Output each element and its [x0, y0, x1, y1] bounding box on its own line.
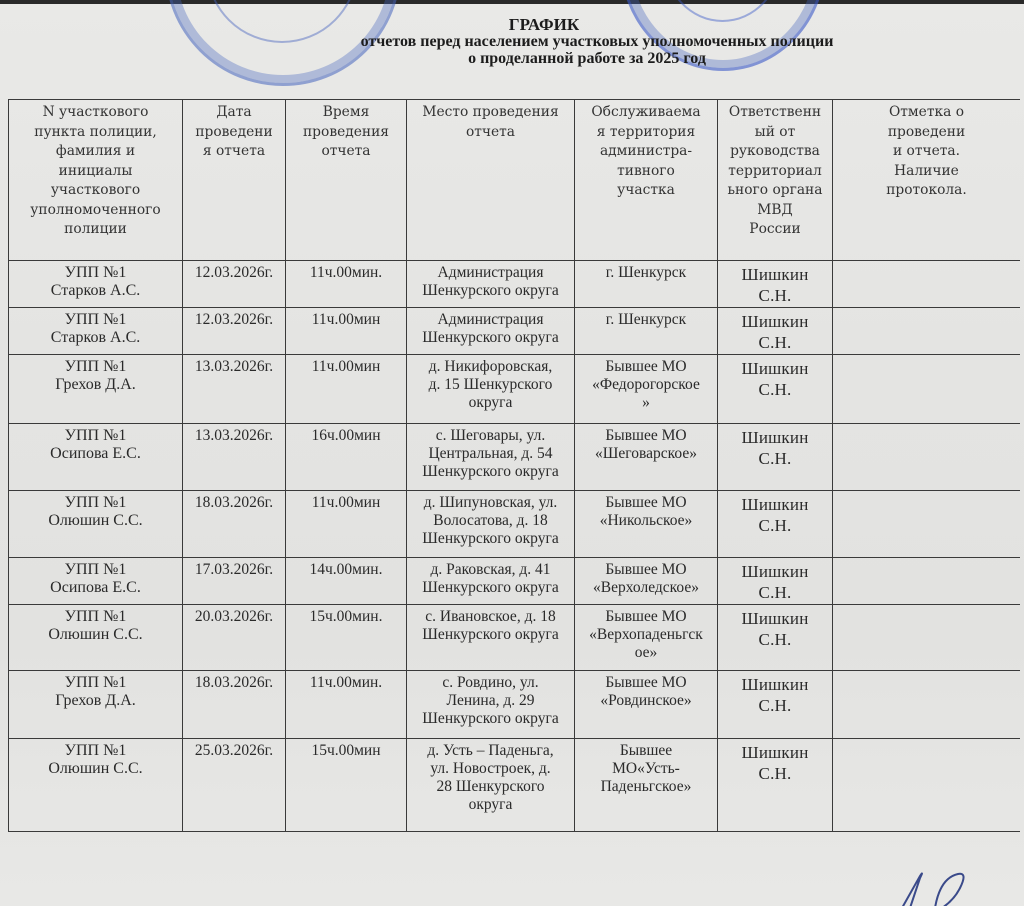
- report-date: 25.03.2026г.: [186, 742, 282, 760]
- place-text-line: Центральная, д. 54: [410, 445, 571, 463]
- cell-time: 11ч.00мин: [286, 355, 407, 424]
- header-text-line: Место проведения: [410, 103, 571, 123]
- place-text-line: с. Ивановское, д. 18: [410, 608, 571, 626]
- territory-text-line: «Никольское»: [578, 512, 714, 530]
- police-unit-number: УПП №1: [12, 358, 179, 376]
- police-unit-number: УПП №1: [12, 742, 179, 760]
- report-time: 11ч.00мин: [289, 494, 403, 512]
- header-text-line: участка: [578, 181, 714, 201]
- place-text-line: Шенкурского округа: [410, 282, 571, 300]
- territory-text-line: »: [578, 394, 714, 412]
- cell-territory: Бывшее МО«Верхопаденьгское»: [575, 605, 718, 671]
- cell-territory: Бывшее МО«Федорогорское»: [575, 355, 718, 424]
- cell-territory: БывшееМО«Усть-Паденьгское»: [575, 739, 718, 832]
- responsible-text-line: С.Н.: [721, 629, 829, 650]
- header-text-line: N участкового: [12, 103, 179, 123]
- cell-completion-mark: [833, 355, 1021, 424]
- header-text-line: руководства: [721, 142, 829, 162]
- header-text-line: фамилия и: [12, 142, 179, 162]
- officer-name: Олюшин С.С.: [12, 512, 179, 530]
- report-time: 11ч.00мин.: [289, 264, 403, 282]
- table-row: УПП №1Олюшин С.С.25.03.2026г.15ч.00минд.…: [9, 739, 1021, 832]
- cell-time: 15ч.00мин.: [286, 605, 407, 671]
- cell-unit-officer: УПП №1Грехов Д.А.: [9, 355, 183, 424]
- place-text-line: д. Никифоровская,: [410, 358, 571, 376]
- handwritten-signature: [880, 868, 990, 906]
- officer-name: Старков А.С.: [12, 329, 179, 347]
- header-text-line: полиции: [12, 220, 179, 240]
- place-text-line: д. 15 Шенкурского: [410, 376, 571, 394]
- cell-completion-mark: [833, 605, 1021, 671]
- cell-date: 12.03.2026г.: [183, 308, 286, 355]
- col-header-place: Место проведенияотчета: [407, 100, 575, 261]
- header-text-line: инициалы: [12, 162, 179, 182]
- cell-time: 15ч.00мин: [286, 739, 407, 832]
- territory-text-line: Паденьгское»: [578, 778, 714, 796]
- header-text-line: проведени: [186, 123, 282, 143]
- place-text-line: округа: [410, 394, 571, 412]
- territory-text-line: Бывшее МО: [578, 608, 714, 626]
- cell-completion-mark: [833, 739, 1021, 832]
- cell-date: 13.03.2026г.: [183, 424, 286, 491]
- col-header-unit: N участковогопункта полиции,фамилия иини…: [9, 100, 183, 261]
- place-text-line: Шенкурского округа: [410, 463, 571, 481]
- officer-name: Осипова Е.С.: [12, 579, 179, 597]
- cell-unit-officer: УПП №1Олюшин С.С.: [9, 491, 183, 558]
- header-text-line: я территория: [578, 123, 714, 143]
- cell-date: 17.03.2026г.: [183, 558, 286, 605]
- col-header-mark: Отметка опроведении отчета.Наличиепроток…: [833, 100, 1021, 261]
- header-text-line: МВД: [721, 201, 829, 221]
- police-unit-number: УПП №1: [12, 264, 179, 282]
- cell-place: д. Усть – Паденьга,ул. Новостроек, д.28 …: [407, 739, 575, 832]
- responsible-text-line: С.Н.: [721, 285, 829, 306]
- table-row: УПП №1Осипова Е.С.13.03.2026г.16ч.00минс…: [9, 424, 1021, 491]
- cell-responsible: ШишкинС.Н.: [718, 424, 833, 491]
- header-text-line: и отчета.: [836, 142, 1017, 162]
- cell-completion-mark: [833, 558, 1021, 605]
- header-text-line: Обслуживаема: [578, 103, 714, 123]
- place-text-line: ул. Новостроек, д.: [410, 760, 571, 778]
- photo-top-edge: [0, 0, 1024, 4]
- cell-time: 11ч.00мин: [286, 491, 407, 558]
- cell-territory: Бывшее МО«Никольское»: [575, 491, 718, 558]
- territory-text-line: «Ровдинское»: [578, 692, 714, 710]
- police-unit-number: УПП №1: [12, 608, 179, 626]
- place-text-line: д. Раковская, д. 41: [410, 561, 571, 579]
- place-text-line: с. Ровдино, ул.: [410, 674, 571, 692]
- header-text-line: уполномоченного: [12, 201, 179, 221]
- cell-completion-mark: [833, 671, 1021, 739]
- officer-name: Грехов Д.А.: [12, 376, 179, 394]
- cell-completion-mark: [833, 308, 1021, 355]
- territory-text-line: Бывшее МО: [578, 494, 714, 512]
- col-header-responsible: Ответственный отруководстватерриториальн…: [718, 100, 833, 261]
- cell-place: АдминистрацияШенкурского округа: [407, 261, 575, 308]
- territory-text-line: «Верхопаденьгск: [578, 626, 714, 644]
- responsible-text-line: С.Н.: [721, 695, 829, 716]
- police-unit-number: УПП №1: [12, 561, 179, 579]
- table-row: УПП №1Старков А.С.12.03.2026г.11ч.00мин.…: [9, 261, 1021, 308]
- responsible-text-line: С.Н.: [721, 763, 829, 784]
- place-text-line: 28 Шенкурского: [410, 778, 571, 796]
- table-row: УПП №1Старков А.С.12.03.2026г.11ч.00минА…: [9, 308, 1021, 355]
- cell-completion-mark: [833, 424, 1021, 491]
- place-text-line: Шенкурского округа: [410, 329, 571, 347]
- report-date: 18.03.2026г.: [186, 494, 282, 512]
- cell-place: д. Шипуновская, ул.Волосатова, д. 18Шенк…: [407, 491, 575, 558]
- report-time: 16ч.00мин: [289, 427, 403, 445]
- officer-name: Олюшин С.С.: [12, 760, 179, 778]
- territory-text-line: Бывшее МО: [578, 561, 714, 579]
- report-date: 13.03.2026г.: [186, 358, 282, 376]
- report-date: 18.03.2026г.: [186, 674, 282, 692]
- cell-place: с. Ивановское, д. 18Шенкурского округа: [407, 605, 575, 671]
- responsible-text-line: Шишкин: [721, 311, 829, 332]
- header-text-line: участкового: [12, 181, 179, 201]
- territory-text-line: Бывшее МО: [578, 358, 714, 376]
- header-text-line: Ответственн: [721, 103, 829, 123]
- header-text-line: территориал: [721, 162, 829, 182]
- report-time: 15ч.00мин: [289, 742, 403, 760]
- cell-date: 25.03.2026г.: [183, 739, 286, 832]
- col-header-time: Времяпроведенияотчета: [286, 100, 407, 261]
- territory-text-line: г. Шенкурск: [578, 264, 714, 282]
- header-text-line: ьного органа: [721, 181, 829, 201]
- territory-text-line: «Верхоледское»: [578, 579, 714, 597]
- cell-territory: г. Шенкурск: [575, 308, 718, 355]
- report-date: 12.03.2026г.: [186, 264, 282, 282]
- cell-responsible: ШишкинС.Н.: [718, 308, 833, 355]
- territory-text-line: МО«Усть-: [578, 760, 714, 778]
- responsible-text-line: Шишкин: [721, 494, 829, 515]
- responsible-text-line: Шишкин: [721, 427, 829, 448]
- cell-time: 11ч.00мин.: [286, 671, 407, 739]
- document-title: ГРАФИК: [0, 16, 1024, 33]
- header-text-line: отчета: [410, 123, 571, 143]
- table-header-row: N участковогопункта полиции,фамилия иини…: [9, 100, 1021, 261]
- place-text-line: Шенкурского округа: [410, 530, 571, 548]
- report-schedule-table: N участковогопункта полиции,фамилия иини…: [8, 99, 1020, 832]
- table-row: УПП №1Олюшин С.С.18.03.2026г.11ч.00минд.…: [9, 491, 1021, 558]
- cell-territory: г. Шенкурск: [575, 261, 718, 308]
- col-header-territory: Обслуживаемая территорияадминистра-тивно…: [575, 100, 718, 261]
- header-text-line: Время: [289, 103, 403, 123]
- cell-place: с. Ровдино, ул.Ленина, д. 29Шенкурского …: [407, 671, 575, 739]
- header-text-line: ый от: [721, 123, 829, 143]
- place-text-line: Шенкурского округа: [410, 579, 571, 597]
- territory-text-line: Бывшее: [578, 742, 714, 760]
- place-text-line: Ленина, д. 29: [410, 692, 571, 710]
- table-row: УПП №1Осипова Е.С.17.03.2026г.14ч.00мин.…: [9, 558, 1021, 605]
- police-unit-number: УПП №1: [12, 494, 179, 512]
- responsible-text-line: С.Н.: [721, 448, 829, 469]
- cell-responsible: ШишкинС.Н.: [718, 605, 833, 671]
- responsible-text-line: С.Н.: [721, 582, 829, 603]
- cell-time: 11ч.00мин: [286, 308, 407, 355]
- officer-name: Олюшин С.С.: [12, 626, 179, 644]
- police-unit-number: УПП №1: [12, 674, 179, 692]
- territory-text-line: Бывшее МО: [578, 427, 714, 445]
- cell-place: АдминистрацияШенкурского округа: [407, 308, 575, 355]
- header-text-line: протокола.: [836, 181, 1017, 201]
- document-subtitle-line1: отчетов перед населением участковых упол…: [0, 33, 1024, 50]
- header-text-line: пункта полиции,: [12, 123, 179, 143]
- responsible-text-line: Шишкин: [721, 264, 829, 285]
- header-text-line: я отчета: [186, 142, 282, 162]
- responsible-text-line: С.Н.: [721, 332, 829, 353]
- report-date: 12.03.2026г.: [186, 311, 282, 329]
- police-unit-number: УПП №1: [12, 311, 179, 329]
- cell-unit-officer: УПП №1Осипова Е.С.: [9, 424, 183, 491]
- cell-responsible: ШишкинС.Н.: [718, 355, 833, 424]
- header-text-line: проведения: [289, 123, 403, 143]
- police-unit-number: УПП №1: [12, 427, 179, 445]
- place-text-line: Шенкурского округа: [410, 626, 571, 644]
- table-row: УПП №1Грехов Д.А.18.03.2026г.11ч.00мин.с…: [9, 671, 1021, 739]
- header-text-line: администра-: [578, 142, 714, 162]
- place-text-line: Администрация: [410, 311, 571, 329]
- cell-date: 18.03.2026г.: [183, 671, 286, 739]
- responsible-text-line: Шишкин: [721, 608, 829, 629]
- place-text-line: Волосатова, д. 18: [410, 512, 571, 530]
- report-date: 13.03.2026г.: [186, 427, 282, 445]
- header-text-line: Дата: [186, 103, 282, 123]
- cell-territory: Бывшее МО«Шеговарское»: [575, 424, 718, 491]
- cell-responsible: ШишкинС.Н.: [718, 261, 833, 308]
- report-time: 11ч.00мин.: [289, 674, 403, 692]
- table-row: УПП №1Грехов Д.А.13.03.2026г.11ч.00минд.…: [9, 355, 1021, 424]
- header-text-line: отчета: [289, 142, 403, 162]
- cell-place: д. Никифоровская,д. 15 Шенкурскогоокруга: [407, 355, 575, 424]
- report-time: 11ч.00мин: [289, 358, 403, 376]
- cell-responsible: ШишкинС.Н.: [718, 491, 833, 558]
- cell-responsible: ШишкинС.Н.: [718, 739, 833, 832]
- place-text-line: Администрация: [410, 264, 571, 282]
- col-header-date: Датапроведения отчета: [183, 100, 286, 261]
- cell-date: 18.03.2026г.: [183, 491, 286, 558]
- place-text-line: с. Шеговары, ул.: [410, 427, 571, 445]
- cell-unit-officer: УПП №1Олюшин С.С.: [9, 739, 183, 832]
- cell-unit-officer: УПП №1Старков А.С.: [9, 261, 183, 308]
- document-header: ГРАФИК отчетов перед населением участков…: [0, 16, 1024, 67]
- officer-name: Грехов Д.А.: [12, 692, 179, 710]
- table-body: УПП №1Старков А.С.12.03.2026г.11ч.00мин.…: [9, 261, 1021, 832]
- cell-time: 11ч.00мин.: [286, 261, 407, 308]
- territory-text-line: Бывшее МО: [578, 674, 714, 692]
- cell-date: 20.03.2026г.: [183, 605, 286, 671]
- responsible-text-line: Шишкин: [721, 674, 829, 695]
- cell-unit-officer: УПП №1Грехов Д.А.: [9, 671, 183, 739]
- place-text-line: Шенкурского округа: [410, 710, 571, 728]
- place-text-line: д. Шипуновская, ул.: [410, 494, 571, 512]
- report-time: 15ч.00мин.: [289, 608, 403, 626]
- report-time: 11ч.00мин: [289, 311, 403, 329]
- report-date: 20.03.2026г.: [186, 608, 282, 626]
- report-date: 17.03.2026г.: [186, 561, 282, 579]
- cell-unit-officer: УПП №1Старков А.С.: [9, 308, 183, 355]
- responsible-text-line: Шишкин: [721, 742, 829, 763]
- header-text-line: проведени: [836, 123, 1017, 143]
- cell-place: д. Раковская, д. 41Шенкурского округа: [407, 558, 575, 605]
- table-row: УПП №1Олюшин С.С.20.03.2026г.15ч.00мин.с…: [9, 605, 1021, 671]
- header-text-line: Наличие: [836, 162, 1017, 182]
- cell-unit-officer: УПП №1Осипова Е.С.: [9, 558, 183, 605]
- place-text-line: д. Усть – Паденьга,: [410, 742, 571, 760]
- cell-territory: Бывшее МО«Ровдинское»: [575, 671, 718, 739]
- cell-unit-officer: УПП №1Олюшин С.С.: [9, 605, 183, 671]
- cell-completion-mark: [833, 491, 1021, 558]
- officer-name: Осипова Е.С.: [12, 445, 179, 463]
- responsible-text-line: С.Н.: [721, 379, 829, 400]
- header-text-line: России: [721, 220, 829, 240]
- responsible-text-line: С.Н.: [721, 515, 829, 536]
- cell-responsible: ШишкинС.Н.: [718, 671, 833, 739]
- report-time: 14ч.00мин.: [289, 561, 403, 579]
- header-text-line: тивного: [578, 162, 714, 182]
- responsible-text-line: Шишкин: [721, 561, 829, 582]
- territory-text-line: ое»: [578, 644, 714, 662]
- cell-time: 14ч.00мин.: [286, 558, 407, 605]
- cell-completion-mark: [833, 261, 1021, 308]
- cell-date: 12.03.2026г.: [183, 261, 286, 308]
- cell-responsible: ШишкинС.Н.: [718, 558, 833, 605]
- territory-text-line: «Шеговарское»: [578, 445, 714, 463]
- document-subtitle-line2: о проделанной работе за 2025 год: [0, 50, 1024, 67]
- cell-date: 13.03.2026г.: [183, 355, 286, 424]
- responsible-text-line: Шишкин: [721, 358, 829, 379]
- cell-place: с. Шеговары, ул.Центральная, д. 54Шенкур…: [407, 424, 575, 491]
- cell-time: 16ч.00мин: [286, 424, 407, 491]
- header-text-line: Отметка о: [836, 103, 1017, 123]
- territory-text-line: «Федорогорское: [578, 376, 714, 394]
- place-text-line: округа: [410, 796, 571, 814]
- officer-name: Старков А.С.: [12, 282, 179, 300]
- cell-territory: Бывшее МО«Верхоледское»: [575, 558, 718, 605]
- territory-text-line: г. Шенкурск: [578, 311, 714, 329]
